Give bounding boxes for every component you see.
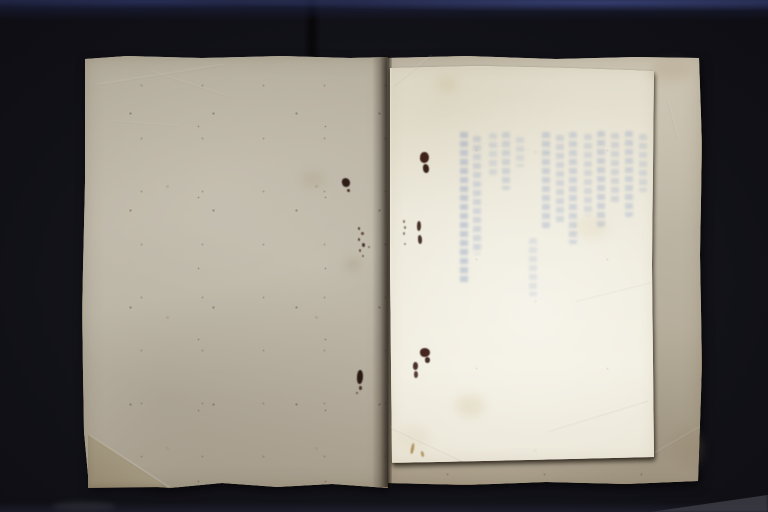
ink-spot <box>357 370 364 384</box>
crease-line <box>150 70 227 97</box>
ink-spot <box>404 226 406 229</box>
crease-line <box>110 120 180 127</box>
ink-spot <box>347 189 350 192</box>
bleed-through-text-column <box>542 132 550 228</box>
paper-stain <box>455 395 485 417</box>
museum-display-photo <box>0 0 768 512</box>
ink-spot <box>362 255 364 257</box>
paper-stain <box>300 170 326 188</box>
ink-spot <box>341 177 351 188</box>
paper-stain <box>672 428 702 470</box>
ink-spot <box>413 362 418 370</box>
crease-line <box>548 399 649 432</box>
ink-spot <box>425 357 430 363</box>
ink-spot <box>358 238 360 241</box>
paper-stain <box>436 76 458 92</box>
bleed-through-text-column <box>639 134 647 192</box>
left-blank-page <box>82 54 388 488</box>
crease-line <box>575 281 653 302</box>
bleed-through-text-column <box>489 133 497 175</box>
right-backing-sheet <box>386 55 702 485</box>
bleed-through-text-column <box>556 135 564 223</box>
bleed-through-text-column <box>597 131 605 227</box>
case-reflection-bottom-left <box>52 502 116 511</box>
ink-spot <box>361 232 364 235</box>
ink-spot <box>417 221 421 231</box>
bleed-through-text-column <box>529 238 537 296</box>
crease-line <box>96 64 225 86</box>
crease-line <box>470 140 559 155</box>
bleed-through-text-column <box>473 136 481 254</box>
bleed-through-text-column <box>516 137 524 167</box>
ink-spot <box>356 392 358 394</box>
ink-spot <box>420 451 424 458</box>
ink-spot <box>403 232 405 235</box>
ink-spot <box>362 243 365 247</box>
crease-line <box>390 426 465 462</box>
crease-line <box>667 101 679 140</box>
ink-spot <box>368 246 370 248</box>
paper-stain <box>650 60 692 82</box>
ink-spot <box>359 249 361 252</box>
paper-stain <box>345 258 361 270</box>
ink-spot <box>404 243 406 245</box>
crease-line <box>655 426 701 454</box>
ink-spot <box>410 443 415 454</box>
ink-spot <box>423 164 430 174</box>
ink-spot <box>419 151 429 163</box>
ink-spot <box>419 347 430 358</box>
bleed-through-text-column <box>625 131 633 217</box>
ink-spot <box>359 386 362 390</box>
ink-spot <box>403 220 405 223</box>
case-top-sheen <box>0 0 768 20</box>
folded-corner <box>86 431 168 488</box>
bleed-through-text-column <box>502 132 510 190</box>
ink-spot <box>414 371 418 378</box>
cream-first-page <box>388 65 656 463</box>
bleed-through-text-column <box>460 132 468 284</box>
gutter-shadow <box>372 55 392 487</box>
bleed-through-text-column <box>611 133 619 203</box>
bleed-through-text-column <box>569 132 577 244</box>
ink-spot <box>418 235 422 244</box>
ink-spot <box>358 227 360 230</box>
crease-line <box>393 55 432 86</box>
paper-stain <box>575 215 609 239</box>
paper-stain <box>396 425 430 453</box>
bleed-through-text-column <box>584 134 592 216</box>
